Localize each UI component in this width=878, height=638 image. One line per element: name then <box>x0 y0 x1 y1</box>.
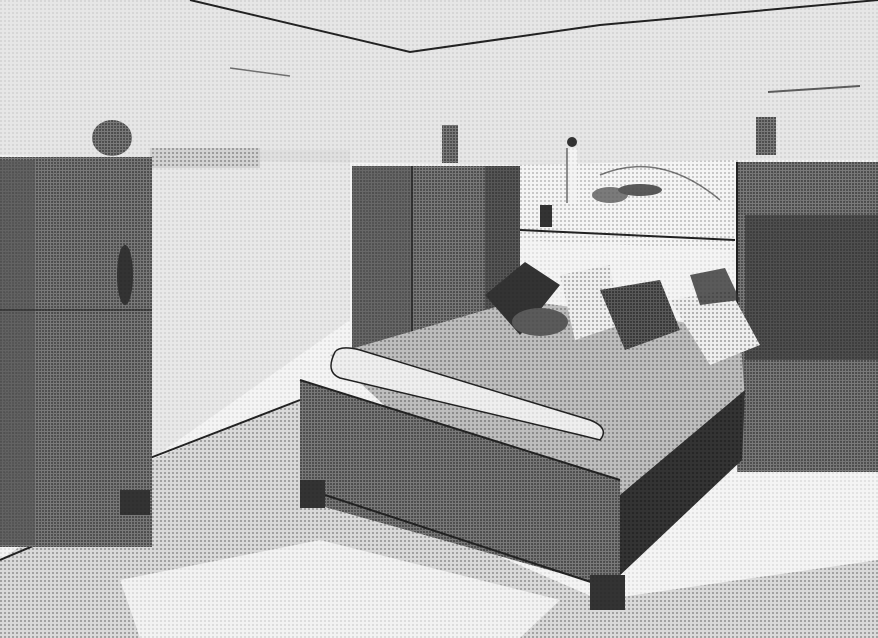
photo-bedroom-interior <box>0 0 878 638</box>
halftone-overlay <box>0 0 878 638</box>
scene-canvas <box>0 0 878 638</box>
